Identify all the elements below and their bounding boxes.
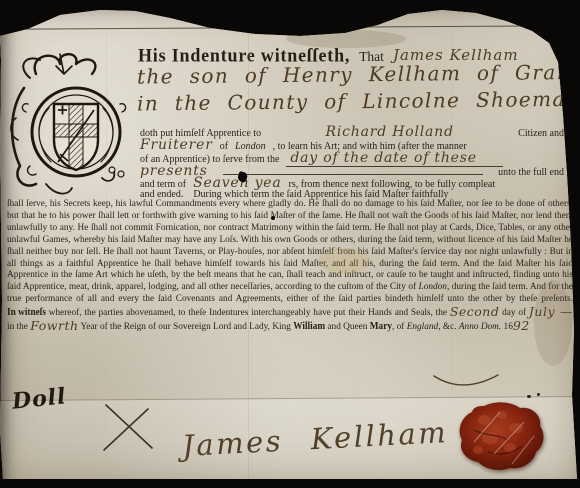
body-text-segment: Year of the Reign of our Sovereign Lord … (79, 322, 294, 332)
ink-speck (271, 216, 275, 220)
stain (534, 280, 572, 366)
place-london-italic: London (419, 282, 447, 292)
city-of-london-shield-icon (52, 102, 100, 172)
wax-seal (454, 400, 546, 477)
printed-top-rule (26, 25, 548, 29)
handwritten-year-digits: 92 (513, 318, 530, 333)
print-segment: unto the full end (498, 167, 564, 178)
ink-dot (537, 393, 540, 396)
handwritten-day: Second (450, 304, 500, 319)
x-mark-icon (96, 400, 164, 456)
ink-dot (527, 395, 531, 398)
queen-name-blackletter: Mary (370, 322, 392, 335)
body-text-segment: , &c. (438, 322, 459, 332)
blank-rule (223, 165, 484, 175)
year-flourish (432, 372, 502, 390)
body-text-segment: ſhall ſerve, his Secrets keep, his lawfu… (7, 199, 573, 292)
indenture-document-sheet: His Indenture witneſſeth, That James Kel… (0, 0, 580, 488)
body-text-segment: day of (499, 308, 529, 318)
body-text-segment: 16 (501, 322, 513, 332)
print-segment: Citizen and (518, 128, 564, 139)
witness-blackletter: In witneſs (7, 308, 46, 321)
body-text-segment: in the (7, 322, 30, 332)
king-name-blackletter: William (293, 322, 325, 335)
form-line-term: and term of Seaven yea rs, from thence n… (140, 176, 495, 190)
handwritten-father-line: the son of Henry Kellham of Grantham (137, 59, 580, 88)
handwritten-company: Fruiterer (140, 138, 213, 152)
stain (286, 30, 406, 48)
fold-crease-vertical (248, 30, 250, 480)
handwritten-county-line: in the County of Lincolne Shoemaker (137, 87, 580, 116)
photo-backdrop: His Indenture witneſſeth, That James Kel… (0, 0, 580, 488)
england-italic: England (407, 322, 439, 332)
body-text-segment: and Queen (325, 322, 370, 332)
fold-crease-vertical (452, 28, 454, 393)
decorative-woodcut-initial (6, 48, 138, 201)
covenant-paragraph: ſhall ſerve, his Secrets keep, his lawfu… (7, 199, 573, 334)
decorative-initial-icon (6, 48, 138, 196)
handwritten-master-name: Richard Holland (326, 125, 454, 139)
wax-seal-icon (454, 400, 546, 472)
anno-dom-italic: Anno Dom. (459, 322, 501, 332)
stain (318, 248, 370, 274)
body-text-segment: , of (392, 322, 407, 332)
